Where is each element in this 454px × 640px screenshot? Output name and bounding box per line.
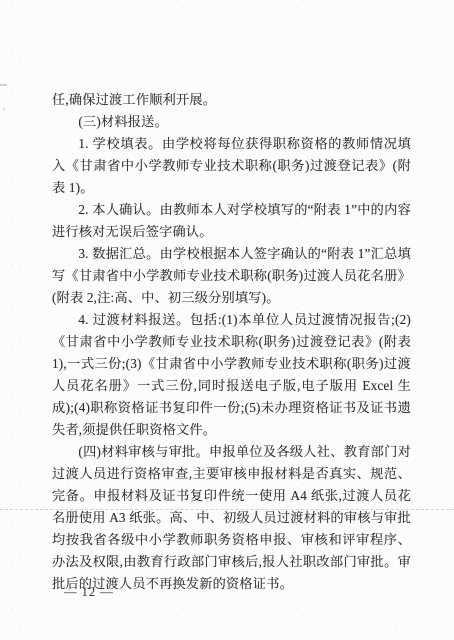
body-paragraph: 1. 学校填表。由学校将每位获得职称资格的教师情况填入《甘肃省中小学教师专业技术… bbox=[52, 133, 411, 199]
body-paragraph: 2. 本人确认。由教师本人对学校填写的“附表 1”中的内容进行核对无误后签字确认… bbox=[52, 199, 411, 243]
body-paragraph: 4. 过渡材料报送。包括:(1)本单位人员过渡情况报告;(2)《甘肃省中小学教师… bbox=[52, 309, 411, 441]
page-number: — 12 — bbox=[64, 585, 114, 599]
scan-artifact-line bbox=[0, 509, 454, 510]
body-paragraph: (四)材料审核与审批。申报单位及各级人社、教育部门对过渡人员进行资格审查,主要审… bbox=[52, 441, 411, 595]
scanned-document-page: 任,确保过渡工作顺利开展。 (三)材料报送。 1. 学校填表。由学校将每位获得职… bbox=[0, 0, 454, 640]
body-paragraph: 任,确保过渡工作顺利开展。 bbox=[52, 89, 411, 111]
scan-edge-dot bbox=[3, 108, 5, 110]
body-paragraph: 3. 数据汇总。由学校根据本人签字确认的“附表 1”汇总填写《甘肃省中小学教师专… bbox=[52, 243, 411, 309]
document-text: 任,确保过渡工作顺利开展。 (三)材料报送。 1. 学校填表。由学校将每位获得职… bbox=[52, 89, 411, 595]
scan-edge-mark bbox=[0, 84, 7, 86]
body-paragraph: (三)材料报送。 bbox=[52, 111, 411, 133]
